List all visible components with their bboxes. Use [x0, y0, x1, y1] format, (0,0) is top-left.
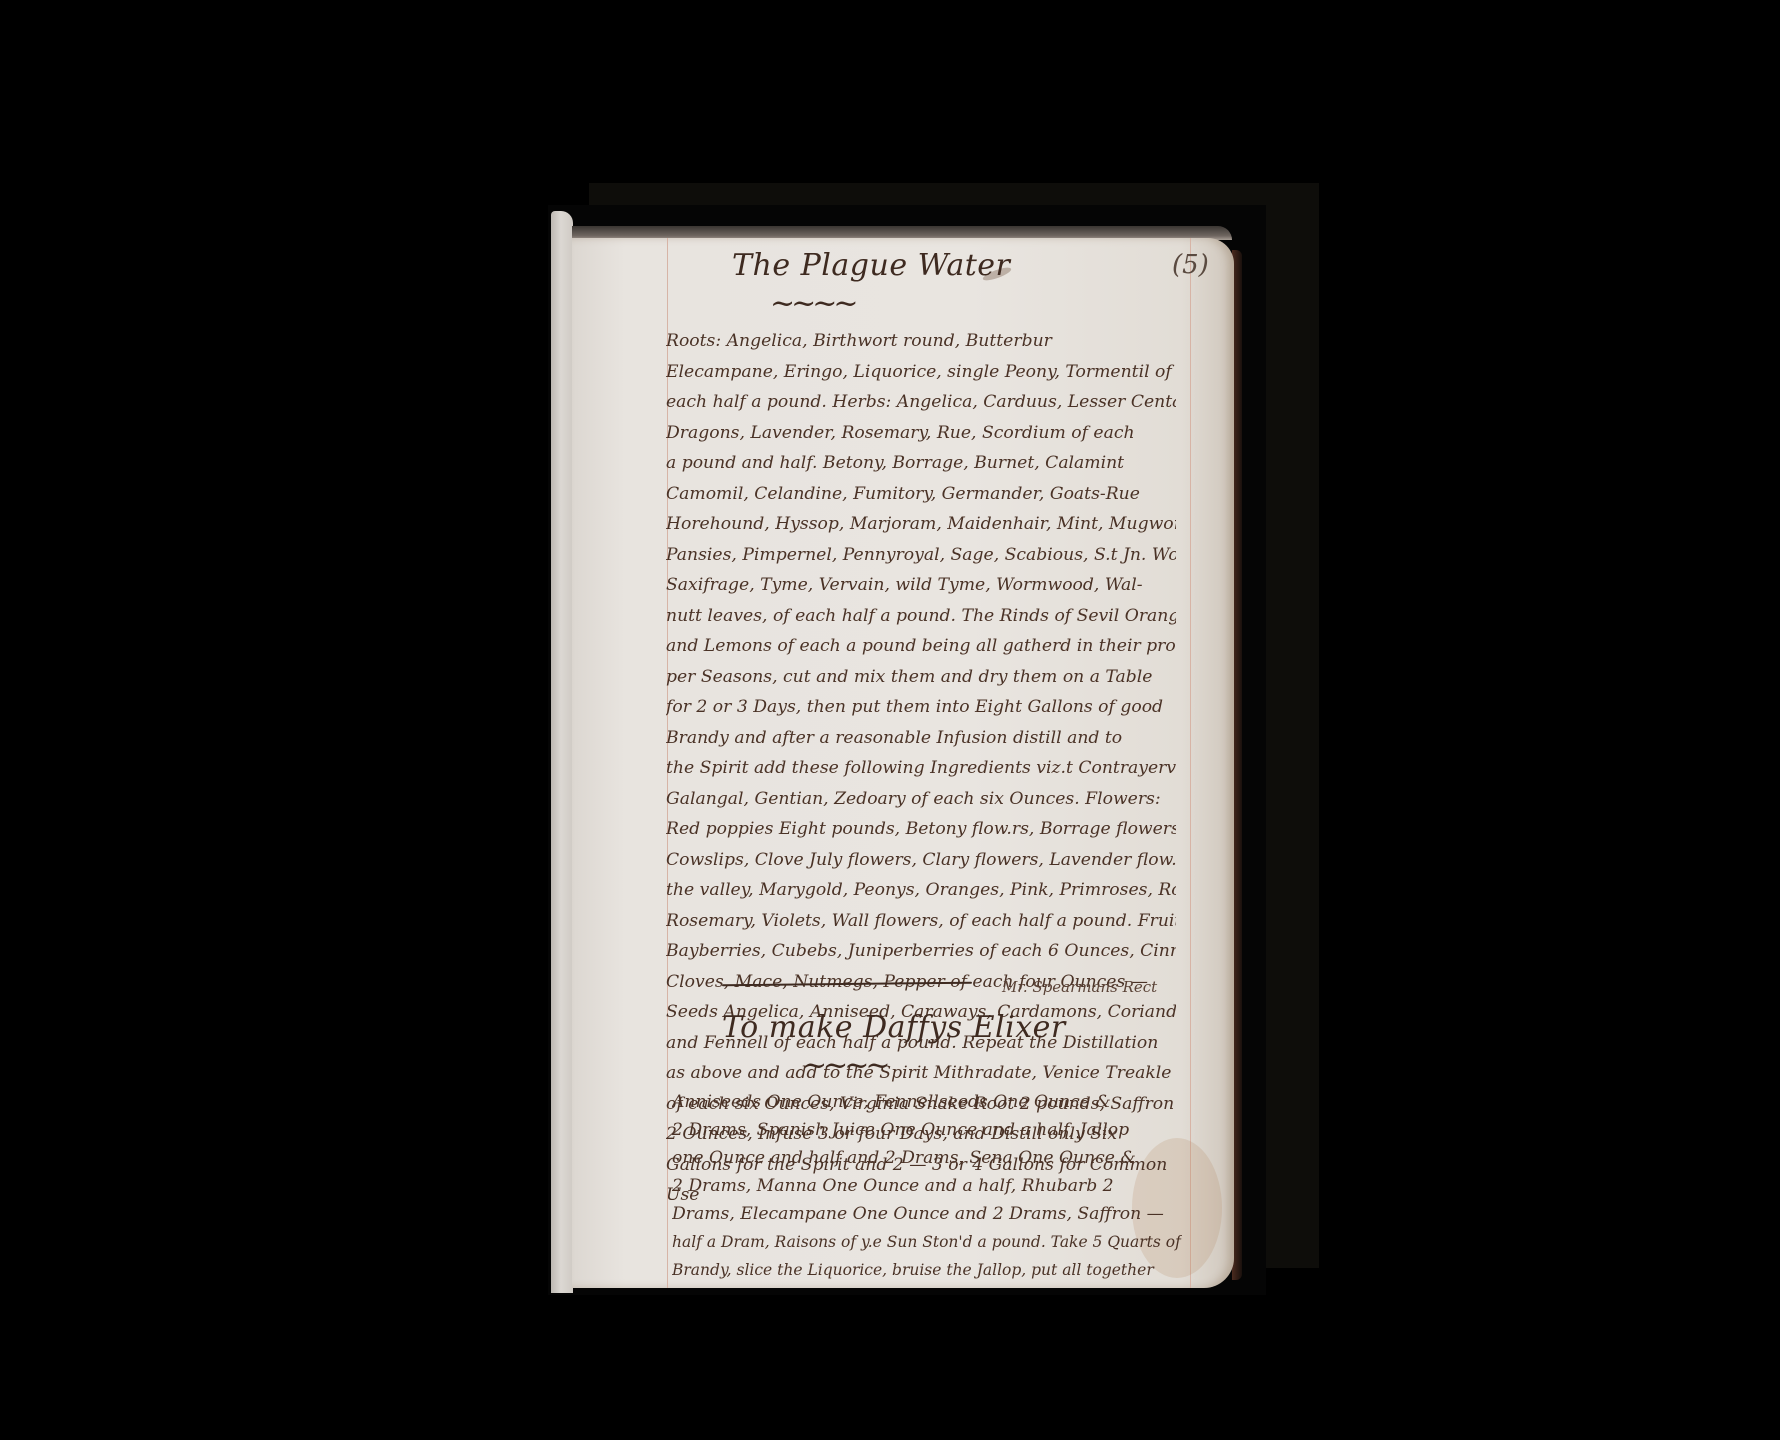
text-line: Red poppies Eight pounds, Betony flow.rs…: [666, 814, 1176, 845]
text-line: the Spirit add these following Ingredien…: [666, 753, 1176, 784]
previous-leaf-edge: [551, 211, 573, 1293]
text-line: Bayberries, Cubebs, Juniperberries of ea…: [666, 936, 1176, 967]
recipe-body-daffys-elixir: Anniseeds One Ounce, Fennellseeds One Ou…: [672, 1088, 1182, 1288]
page-number: (5): [1172, 250, 1209, 280]
text-line: the valley, Marygold, Peonys, Oranges, P…: [666, 875, 1176, 906]
text-line: Elecampane, Eringo, Liquorice, single Pe…: [666, 357, 1176, 388]
text-line: Roots: Angelica, Birthwort round, Butter…: [666, 326, 1176, 357]
text-line: Horehound, Hyssop, Marjoram, Maidenhair,…: [666, 509, 1176, 540]
text-line: each half a pound. Herbs: Angelica, Card…: [666, 387, 1176, 418]
text-line: Pansies, Pimpernel, Pennyroyal, Sage, Sc…: [666, 540, 1176, 571]
text-line: for 2 or 3 Days, then put them into Eigh…: [666, 692, 1176, 723]
text-line: half a Dram, Raisons of y.e Sun Ston'd a…: [672, 1228, 1182, 1256]
text-line: and Lemons of each a pound being all gat…: [666, 631, 1176, 662]
text-line: Drams, Elecampane One Ounce and 2 Drams,…: [672, 1200, 1182, 1228]
text-line: Camomil, Celandine, Fumitory, Germander,…: [666, 479, 1176, 510]
title-flourish: ~~~~: [802, 1048, 887, 1083]
text-line: Rosemary, Violets, Wall flowers, of each…: [666, 906, 1176, 937]
text-line: Brandy and after a reasonable Infusion d…: [666, 723, 1176, 754]
recipe-title-daffys-elixir: To make Daffys Elixer: [722, 1010, 1066, 1045]
recipe-attribution: Mr. Spearmans Rect: [1002, 978, 1157, 996]
text-line: per Seasons, cut and mix them and dry th…: [666, 662, 1176, 693]
recipe-body-plague-water: Roots: Angelica, Birthwort round, Butter…: [666, 326, 1176, 1211]
text-line: as above and add to the Spirit Mithradat…: [666, 1058, 1176, 1089]
text-line: 2 Drams, Manna One Ounce and a half, Rhu…: [672, 1172, 1182, 1200]
text-line: Cowslips, Clove July flowers, Clary flow…: [666, 845, 1176, 876]
text-line: Galangal, Gentian, Zedoary of each six O…: [666, 784, 1176, 815]
right-margin-rule: [1190, 238, 1191, 1288]
text-line: Anniseeds One Ounce, Fennellseeds One Ou…: [672, 1088, 1182, 1116]
recipe-title-plague-water: The Plague Water: [732, 248, 1010, 283]
text-line: keep them close cover'd Six Days, then s…: [672, 1284, 1182, 1288]
manuscript-page: The Plague Water ~~~~ Roots: Angelica, B…: [572, 238, 1234, 1288]
text-line: Brandy, slice the Liquorice, bruise the …: [672, 1256, 1182, 1284]
text-line: one Ounce and half and 2 Drams, Sena One…: [672, 1144, 1182, 1172]
text-line: nutt leaves, of each half a pound. The R…: [666, 601, 1176, 632]
text-line: 2 Drams, Spanish Juice One Ounce and a h…: [672, 1116, 1182, 1144]
text-line: Dragons, Lavender, Rosemary, Rue, Scordi…: [666, 418, 1176, 449]
text-line: Saxifrage, Tyme, Vervain, wild Tyme, Wor…: [666, 570, 1176, 601]
text-line: a pound and half. Betony, Borrage, Burne…: [666, 448, 1176, 479]
title-flourish: ~~~~: [770, 286, 855, 321]
